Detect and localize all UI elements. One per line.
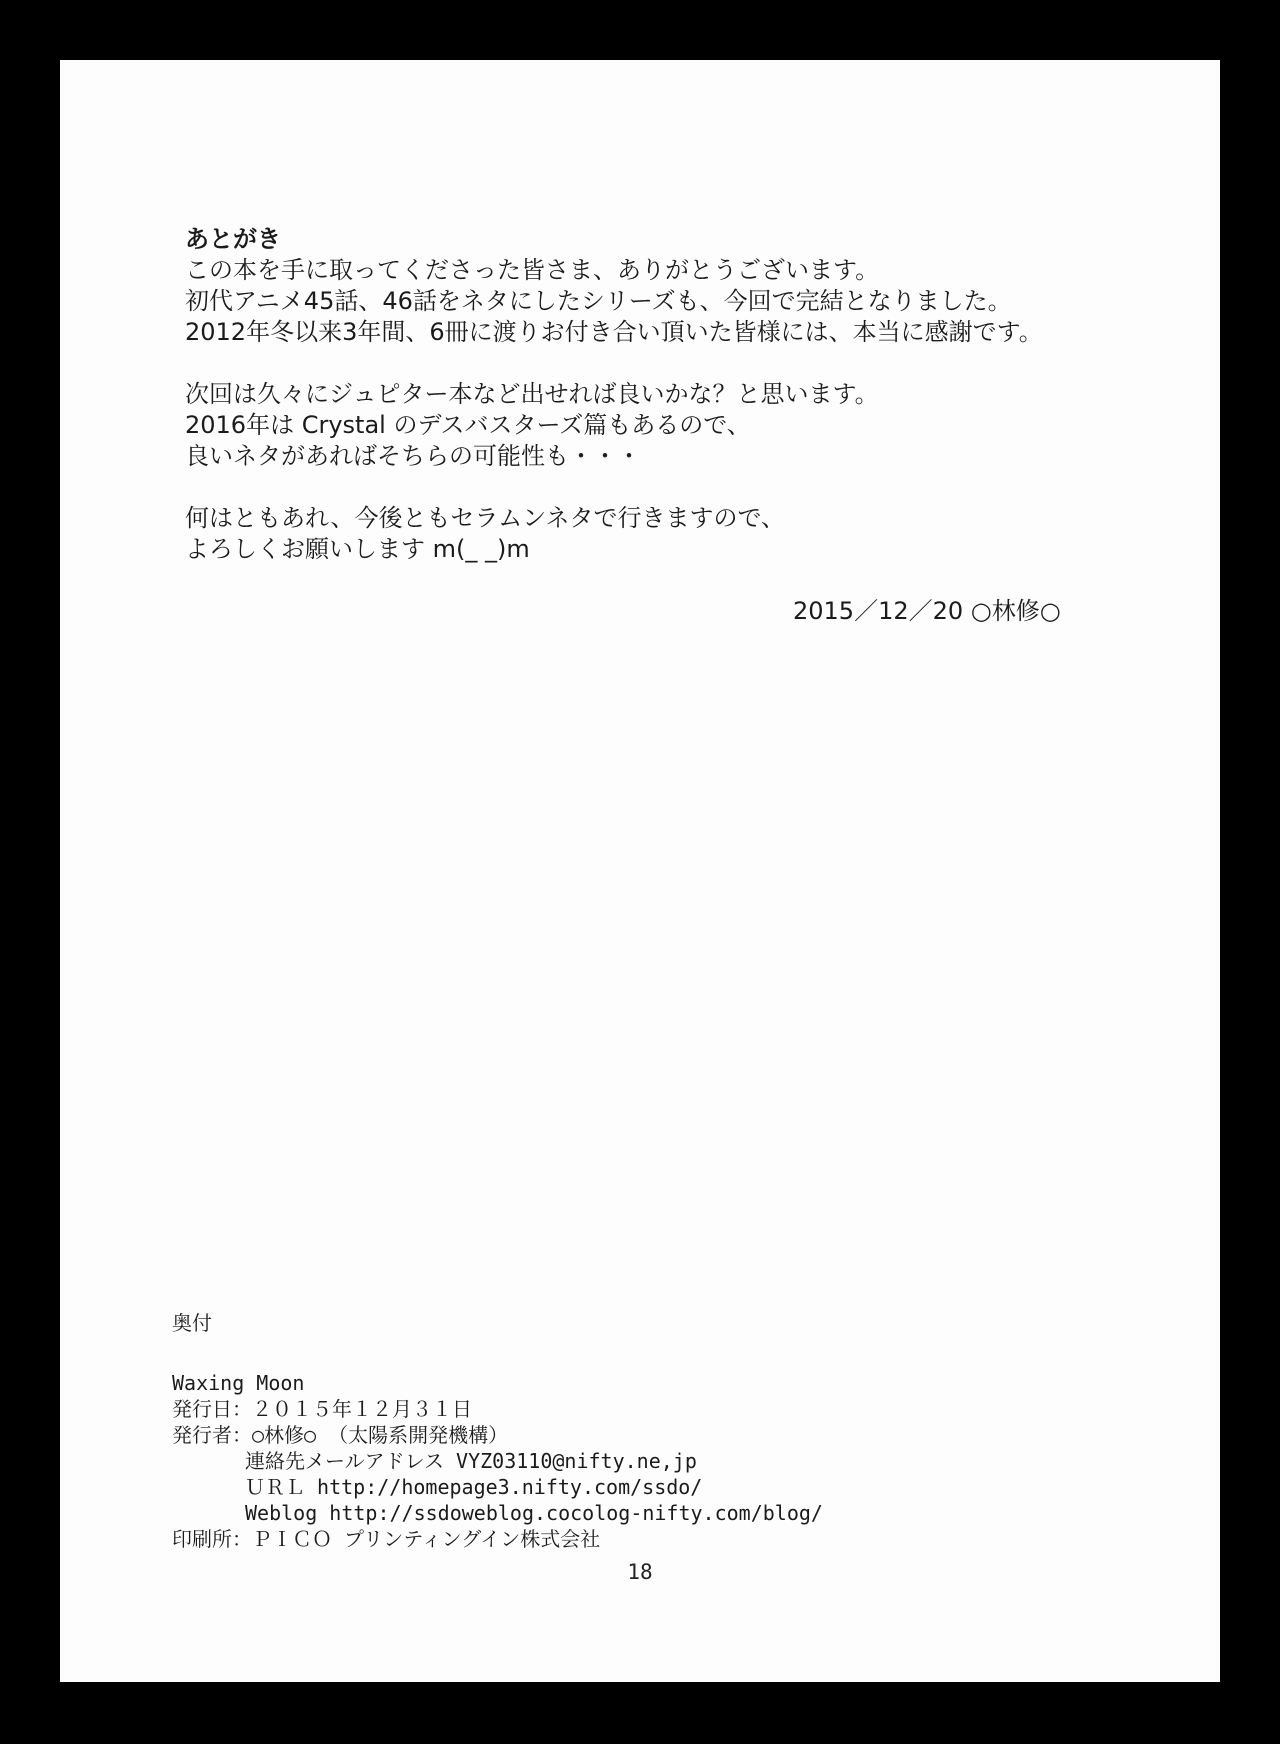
blank-line [185,565,1061,596]
contact-email-line: 連絡先メールアドレス VYZ03110@nifty.ne,jp [172,1448,823,1474]
afterword-line: よろしくお願いします m(_ _)m [185,534,1061,565]
colophon-section: 奥付 Waxing Moon 発行日：２０１５年１２月３１日 発行者：○林修○ … [172,1310,823,1552]
afterword-line: 2016年は Crystal のデスバスターズ篇もあるので、 [185,410,1061,441]
colophon-heading: 奥付 [172,1310,823,1336]
book-title: Waxing Moon [172,1370,823,1396]
blank-line [185,472,1061,503]
afterword-line: 2012年冬以来3年間、6冊に渡りお付き合い頂いた皆様には、本当に感謝です。 [185,317,1061,348]
scan-background: { "colors": { "frame": "#000000", "page_… [0,0,1280,1744]
afterword-line: 初代アニメ45話、46話をネタにしたシリーズも、今回で完結となりました。 [185,286,1061,317]
afterword-line: 何はともあれ、今後ともセラムンネタで行きますので、 [185,503,1061,534]
weblog-line: Weblog http://ssdoweblog.cocolog-nifty.c… [172,1500,823,1526]
blank-line [185,348,1061,379]
printer-line: 印刷所：ＰＩＣＯ プリンティングイン株式会社 [172,1526,823,1552]
publish-date-line: 発行日：２０１５年１２月３１日 [172,1396,823,1422]
publisher-line: 発行者：○林修○ （太陽系開発機構） [172,1422,823,1448]
page-number: 18 [60,1560,1220,1584]
afterword-line: この本を手に取ってくださった皆さま、ありがとうございます。 [185,255,1061,286]
afterword-line: 次回は久々にジュピター本など出せれば良いかな？と思います。 [185,379,1061,410]
afterword-line: 良いネタがあればそちらの可能性も・・・ [185,441,1061,472]
afterword-signature: 2015／12／20 ○林修○ [185,596,1061,627]
document-page: あとがき この本を手に取ってくださった皆さま、ありがとうございます。 初代アニメ… [60,60,1220,1682]
url-line: ＵＲＬ http://homepage3.nifty.com/ssdo/ [172,1474,823,1500]
afterword-heading: あとがき [185,224,1061,255]
afterword-section: あとがき この本を手に取ってくださった皆さま、ありがとうございます。 初代アニメ… [185,224,1061,627]
